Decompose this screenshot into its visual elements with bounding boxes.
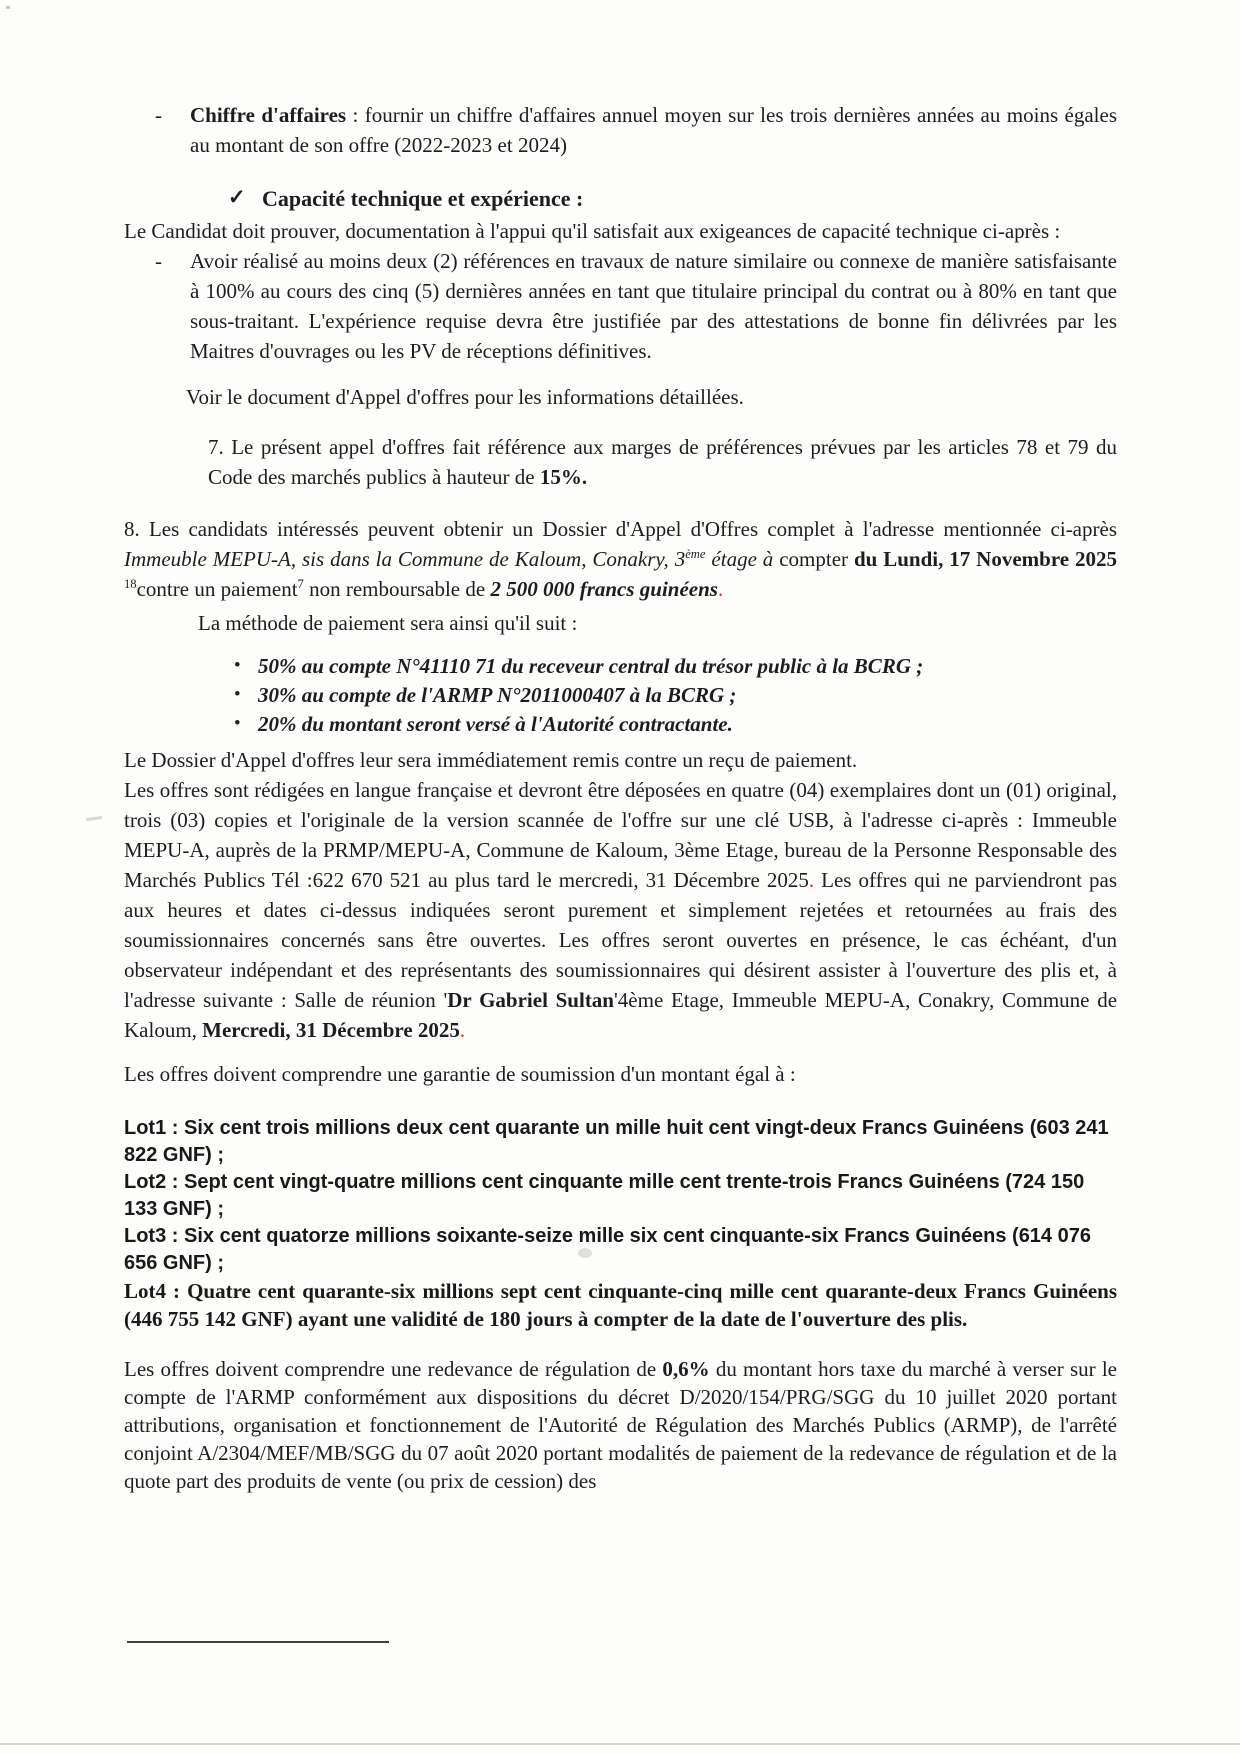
scanned-document-page: - Chiffre d'affaires : fournir un chiffr… xyxy=(0,0,1240,1753)
lot2-amount: Lot2 : Sept cent vingt-quatre millions c… xyxy=(124,1169,1117,1223)
numbered-item-text: 8. Les candidats intéressés peuvent obte… xyxy=(124,514,1117,604)
paragraph-redevance-regulation: Les offres doivent comprendre une redeva… xyxy=(124,1355,1117,1495)
page-scan-edge xyxy=(0,1743,1240,1745)
dash-marker: - xyxy=(155,246,162,276)
list-item: • 20% du montant seront versé à l'Autori… xyxy=(124,710,1117,739)
payment-split-list: • 50% au compte N°41110 71 du receveur c… xyxy=(124,652,1117,739)
bullet-icon: • xyxy=(234,709,241,738)
list-item-text: 50% au compte N°41110 71 du receveur cen… xyxy=(258,652,1117,681)
lot1-amount: Lot1 : Six cent trois millions deux cent… xyxy=(124,1115,1117,1169)
lot3-amount: Lot3 : Six cent quatorze millions soixan… xyxy=(124,1223,1117,1277)
paragraph-candidat: Le Candidat doit prouver, documentation … xyxy=(124,216,1117,246)
numbered-item-8: 8. Les candidats intéressés peuvent obte… xyxy=(124,514,1117,604)
document-body: - Chiffre d'affaires : fournir un chiffr… xyxy=(124,100,1117,1495)
list-item-chiffre-affaires: - Chiffre d'affaires : fournir un chiffr… xyxy=(124,100,1117,160)
paragraph-voir-document: Voir le document d'Appel d'offres pour l… xyxy=(124,382,1117,412)
bullet-icon: • xyxy=(234,651,241,680)
list-item-text: Avoir réalisé au moins deux (2) référenc… xyxy=(190,246,1117,366)
numbered-item-text: 7. Le présent appel d'offres fait référe… xyxy=(208,432,1117,492)
paragraph-dossier-remis: Le Dossier d'Appel d'offres leur sera im… xyxy=(124,745,1117,775)
lot4-amount: Lot4 : Quatre cent quarante-six millions… xyxy=(124,1277,1117,1333)
list-item: • 50% au compte N°41110 71 du receveur c… xyxy=(124,652,1117,681)
bullet-icon: • xyxy=(234,680,241,709)
numbered-item-7: 7. Le présent appel d'offres fait référe… xyxy=(124,432,1117,492)
paragraph-garantie-soumission: Les offres doivent comprendre une garant… xyxy=(124,1059,1117,1089)
scan-artifact xyxy=(6,6,10,9)
paragraph-methode-paiement: La méthode de paiement sera ainsi qu'il … xyxy=(124,608,1117,638)
lots-list: Lot1 : Six cent trois millions deux cent… xyxy=(124,1115,1117,1333)
list-item-text: 20% du montant seront versé à l'Autorité… xyxy=(258,710,1117,739)
heading-text: Capacité technique et expérience : xyxy=(262,184,1117,214)
lot4-text: Lot4 : Quatre cent quarante-six millions… xyxy=(124,1277,1117,1333)
list-item-text: 30% au compte de l'ARMP N°2011000407 à l… xyxy=(258,681,1117,710)
list-item-text: Chiffre d'affaires : fournir un chiffre … xyxy=(190,100,1117,160)
scan-artifact xyxy=(86,816,102,821)
list-item-avoir-realise: - Avoir réalisé au moins deux (2) référe… xyxy=(124,246,1117,366)
checkmark-icon: ✓ xyxy=(228,185,246,210)
dash-marker: - xyxy=(155,100,162,130)
paragraph-depot-des-offres: Les offres sont rédigées en langue franç… xyxy=(124,775,1117,1045)
footnote-separator-line xyxy=(127,1641,389,1643)
heading-capacite-technique: ✓ Capacité technique et expérience : xyxy=(124,184,1117,214)
list-item: • 30% au compte de l'ARMP N°2011000407 à… xyxy=(124,681,1117,710)
